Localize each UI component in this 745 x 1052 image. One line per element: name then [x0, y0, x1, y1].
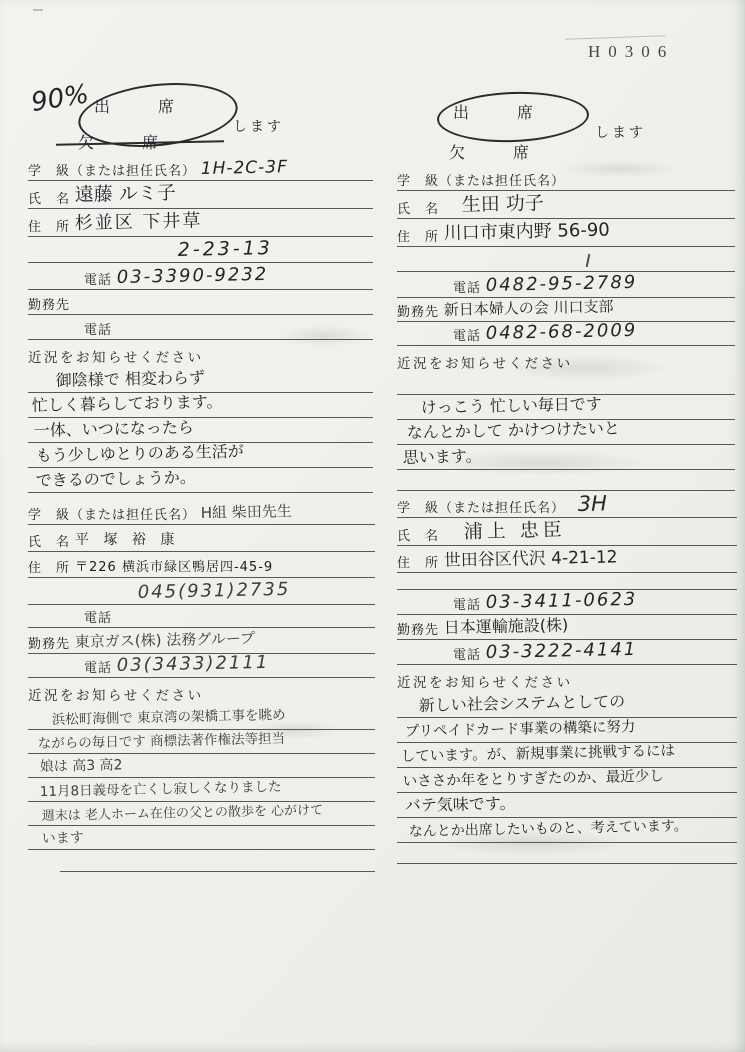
message-text: ながらの毎日です 商標法著作権法等担当 [38, 727, 286, 753]
reply-form-bottom-right: 学 級（または担任氏名） 3H 氏 名 浦上 忠臣 住 所 世田谷区代沢 4-2… [397, 490, 737, 864]
field-workplace: 勤務先 新日本婦人の会 川口支部 [397, 298, 735, 322]
stamp-code: H0306 [588, 42, 674, 62]
message-text: プリペイドカード事業の構築に努力 [405, 715, 636, 742]
phone-label: 電話 [84, 319, 117, 339]
field-workplace: 勤務先 東京ガス(株) 法務グループ [28, 628, 375, 654]
workplace-label: 勤務先 [397, 301, 444, 321]
message-text: なんとかして かけつけたいと [406, 416, 620, 444]
message-line: 娘は 高3 高2 [28, 754, 375, 778]
scan-speck [33, 9, 43, 11]
address-label: 住 所 [28, 216, 75, 236]
message-text: 娘は 高3 高2 [40, 754, 123, 777]
address-phone-value: 045(931)2735 [138, 579, 291, 604]
phone-value: 0482-95-2789 [486, 272, 638, 297]
message-line: 11月8日義母を亡くし寂しくなりました [28, 778, 375, 802]
name-value: 遠藤 ルミ子 [74, 178, 176, 208]
phone-label: 電話 [453, 277, 486, 297]
attendance-section: 出 席 します 欠 席 [397, 92, 735, 164]
workplace-phone-value: 03-3222-4141 [486, 639, 638, 664]
class-label: 学 級（または担任氏名） [28, 504, 201, 524]
field-address: 住 所 川口市東内野 56-90 [397, 219, 735, 247]
message-text: 新しい社会システムとしての [418, 689, 625, 717]
message-text: います [42, 827, 84, 849]
class-value: 1H-2C-3F [201, 157, 289, 180]
name-value: 生田 功子 [461, 188, 544, 218]
reply-form-bottom-left: 学 級（または担任氏名） H組 柴田先生 氏 名 平 塚 裕 康 住 所 〒22… [28, 498, 375, 872]
message-line: しています。が、新規事業に挑戦するには [397, 743, 737, 768]
attend-suffix: します [595, 122, 646, 142]
field-workplace-phone: 電話 03(3433)2111 [28, 654, 375, 678]
address-label: 住 所 [397, 552, 444, 572]
field-address: 住 所 杉並区 下井草 [28, 209, 373, 237]
message-text: 週末は 老人ホーム在住の父との散歩を 心がけて [42, 799, 324, 825]
message-line: できるのでしょうか。 [28, 468, 373, 493]
message-text: 思います。 [402, 443, 481, 469]
address-value: 川口市東内野 56-90 [443, 216, 610, 246]
field-name: 氏 名 生田 功子 [397, 191, 735, 219]
message-line [397, 843, 737, 864]
field-address-2 [397, 573, 737, 590]
scan-line [565, 35, 665, 39]
message-text: いささか年をとりすぎたのか、最近少し [403, 765, 664, 792]
workplace-value: 新日本婦人の会 川口支部 [444, 295, 614, 321]
name-label: 氏 名 [28, 531, 75, 551]
field-workplace: 勤務先 日本運輸施設(株) [397, 615, 737, 640]
message-line: 忙しく暮らしております。 [28, 393, 373, 418]
field-phone: 電話 [28, 605, 375, 628]
address-label: 住 所 [28, 557, 75, 577]
stray-stroke [586, 254, 591, 267]
message-text: けっこう 忙しい毎日です [420, 391, 602, 419]
field-class: 学 級（または担任氏名） 3H [397, 490, 737, 518]
address-value: 杉並区 下井草 [74, 206, 202, 236]
field-address-phone: 045(931)2735 [28, 578, 375, 605]
message-text: できるのでしょうか。 [35, 465, 195, 492]
message-line: もう少しゆとりのある生活が [28, 443, 373, 468]
field-phone: 電話 03-3411-0623 [397, 590, 737, 615]
message-text: なんとか出席したいものと、考えています。 [409, 815, 688, 842]
attendance-section: 90% 出 席 します 欠 席 [28, 88, 373, 154]
absent-option: 欠 席 [449, 140, 545, 163]
message-line: ながらの毎日です 商標法著作権法等担当 [28, 730, 375, 754]
name-label: 氏 名 [397, 198, 444, 218]
message-text: 御陰様で 相変わらず [55, 365, 205, 392]
message-text: バテ気味です。 [404, 791, 515, 817]
message-text: 浜松町海側で 東京湾の架橋工事を眺め [52, 703, 286, 729]
message-line: 週末は 老人ホーム在住の父との散歩を 心がけて [28, 802, 375, 826]
reply-form-top-left: 90% 出 席 します 欠 席 学 級（または担任氏名） 1H-2C-3F 氏 … [28, 88, 373, 493]
message-line: 思います。 [397, 445, 735, 470]
news-prompt: 近況をお知らせください [397, 671, 737, 691]
address-value-2: 2-23-13 [178, 237, 274, 262]
phone-value: 03-3411-0623 [486, 589, 638, 614]
field-class: 学 級（または担任氏名） 1H-2C-3F [28, 154, 373, 181]
message-text: 11月8日義母を亡くし寂しくなりました [40, 775, 282, 801]
phone-label: 電話 [84, 657, 117, 677]
name-label: 氏 名 [28, 188, 75, 208]
field-name: 氏 名 浦上 忠臣 [397, 518, 737, 546]
message-text: 忙しく暮らしております。 [31, 389, 222, 417]
message-text: もう少しゆとりのある生活が [35, 439, 243, 467]
name-label: 氏 名 [397, 525, 444, 545]
field-class: 学 級（または担任氏名） H組 柴田先生 [28, 498, 375, 525]
workplace-phone-value: 0482-68-2009 [486, 320, 638, 345]
message-line: 浜松町海側で 東京湾の架橋工事を眺め [28, 706, 375, 730]
attendance-circle [436, 89, 590, 144]
field-name: 氏 名 平 塚 裕 康 [28, 525, 375, 552]
message-text: 一体、いつになったら [33, 415, 193, 442]
attend-suffix: します [233, 116, 284, 136]
field-workplace: 勤務先 [28, 290, 373, 315]
workplace-value: 東京ガス(株) 法務グループ [75, 627, 256, 653]
reply-form-top-right: 出 席 します 欠 席 学 級（または担任氏名） 氏 名 生田 功子 住 所 川… [397, 92, 735, 491]
phone-label: 電話 [84, 269, 117, 289]
message-line: 新しい社会システムとしての [397, 693, 737, 718]
message-line [397, 470, 735, 491]
field-address-2 [397, 247, 735, 272]
message-line: いささか年をとりすぎたのか、最近少し [397, 768, 737, 793]
workplace-label: 勤務先 [397, 619, 444, 639]
field-address: 住 所 〒226 横浜市緑区鴨居四-45-9 [28, 552, 375, 578]
workplace-phone-value: 03(3433)2111 [117, 652, 270, 677]
class-value: H組 柴田先生 [201, 500, 293, 524]
field-address-2: 2-23-13 [28, 237, 373, 263]
class-value: 3H [577, 491, 607, 517]
name-value: 平 塚 裕 康 [75, 529, 179, 551]
message-text: しています。が、新規事業に挑戦するには [401, 739, 676, 767]
message-line: います [28, 826, 375, 850]
phone-label: 電話 [453, 644, 486, 664]
address-value: 世田谷区代沢 4-21-12 [443, 542, 617, 572]
message-line: プリペイドカード事業の構築に努力 [397, 718, 737, 743]
news-prompt: 近況をお知らせください [397, 352, 735, 372]
field-address: 住 所 世田谷区代沢 4-21-12 [397, 546, 737, 573]
message-line: なんとか出席したいものと、考えています。 [397, 818, 737, 843]
phone-label: 電話 [453, 325, 486, 345]
address-value: 〒226 横浜市緑区鴨居四-45-9 [75, 556, 273, 577]
field-workplace-phone: 電話 03-3222-4141 [397, 640, 737, 665]
field-name: 氏 名 遠藤 ルミ子 [28, 181, 373, 209]
class-label: 学 級（または担任氏名） [397, 170, 570, 190]
field-phone: 電話 03-3390-9232 [28, 263, 373, 290]
class-label: 学 級（または担任氏名） [397, 497, 570, 517]
phone-value: 03-3390-9232 [117, 264, 269, 289]
field-class: 学 級（または担任氏名） [397, 164, 735, 191]
workplace-value: 日本運輸施設(株) [444, 612, 569, 639]
message-line [60, 850, 375, 872]
field-workplace-phone: 電話 0482-68-2009 [397, 322, 735, 346]
phone-label: 電話 [84, 607, 117, 627]
workplace-label: 勤務先 [28, 633, 75, 653]
name-value: 浦上 忠臣 [463, 515, 566, 545]
field-workplace-phone: 電話 [28, 315, 373, 340]
workplace-label: 勤務先 [28, 294, 75, 314]
field-phone: 電話 0482-95-2789 [397, 272, 735, 298]
news-prompt: 近況をお知らせください [28, 346, 373, 366]
news-prompt: 近況をお知らせください [28, 684, 375, 704]
address-label: 住 所 [397, 226, 444, 246]
phone-label: 電話 [453, 594, 486, 614]
scanned-reply-form-page: H0306 90% 出 席 します 欠 席 学 級（または担任氏名） 1H-2C… [0, 0, 745, 1052]
message-line: なんとかして かけつけたいと [397, 420, 735, 445]
